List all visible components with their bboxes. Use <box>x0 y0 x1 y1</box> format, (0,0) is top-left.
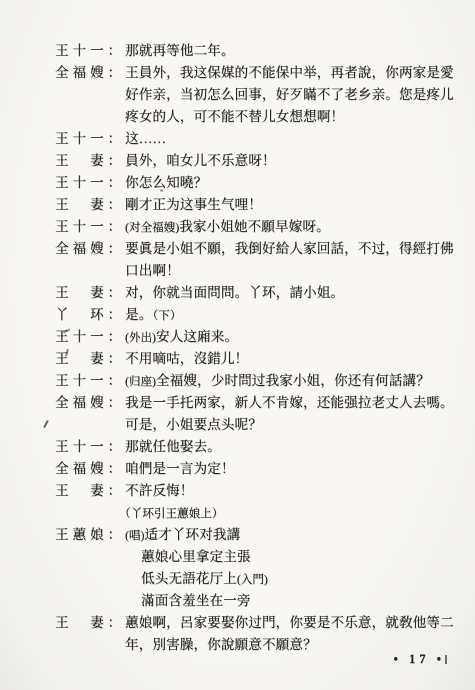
line-text: 这…… <box>125 131 166 146</box>
speaker-label: 王 妻： <box>55 194 125 216</box>
script-line: 好作亲，当初怎么回事，好歹瞞不了老乡亲。您是疼儿 <box>55 84 455 106</box>
script-line: 王十一：那就任他娶去。 <box>55 436 455 458</box>
script-line: 王 妻：不許反悔！ <box>55 480 455 502</box>
scan-artifact <box>43 420 49 428</box>
line-text: 对，你就当面問問。丫环，請小姐。 <box>125 285 344 300</box>
inline-stage-note: (外出) <box>125 331 156 344</box>
script-line: 全福嫂：我是一手托两家，新人不肯嫁，还能强拉老丈人去嗎。 <box>55 392 455 414</box>
speaker-label: 王 妻： <box>55 480 125 502</box>
script-line: 全福嫂：咱們是一言为定！ <box>55 458 455 480</box>
scan-artifact <box>160 189 163 192</box>
page-number: • 17 • <box>393 652 445 667</box>
speaker-label: 全福嫂： <box>55 458 125 480</box>
script-line: 丫 环：是。（下） <box>55 304 455 326</box>
script-line: 王 妻：蕙娘啊，呂家要娶你过門，你要是不乐意，就敎他等二 <box>55 612 455 634</box>
speaker-label: 全福嫂： <box>55 238 125 260</box>
script-line: 王十一：那就再等他二年。 <box>55 40 455 62</box>
line-text: 是。（下） <box>125 307 181 322</box>
inline-stage-note: (对全福嫂) <box>125 221 179 234</box>
sung-verse: 滿面含羞坐在一旁 <box>141 593 251 608</box>
line-text: 疼女的人，可不能不替儿女想想啊！ <box>125 109 344 124</box>
inline-stage-note: (唱) <box>125 529 144 542</box>
speaker-label: 王 妻： <box>55 282 125 304</box>
line-text: 好作亲，当初怎么回事，好歹瞞不了老乡亲。您是疼儿 <box>125 87 454 102</box>
script-line: 王 妻：剛才正为这事生气哩！ <box>55 194 455 216</box>
line-text: 員外，咱女儿不乐意呀！ <box>125 153 276 168</box>
speaker-label: 王蕙娘： <box>55 524 125 546</box>
script-line: 王十一：这…… <box>55 128 455 150</box>
speaker-label: 王十一： <box>55 172 125 194</box>
script-line: 王 妻：对，你就当面問問。丫环，請小姐。 <box>55 282 455 304</box>
script-line: 王十一：(归座)全福嫂，少时問过我家小姐，你还有何話講？ <box>55 370 455 392</box>
line-text: (归座)全福嫂，少时問过我家小姐，你还有何話講？ <box>125 373 430 388</box>
inline-stage-note: （下） <box>152 309 181 322</box>
scanned-script-page: 王十一：那就再等他二年。全福嫂：王員外，我这保媒的不能保中举，再者說，你两家是愛… <box>0 0 475 690</box>
speaker-label: 王十一： <box>55 370 125 392</box>
script-line: 全福嫂：王員外，我这保媒的不能保中举，再者說，你两家是愛 <box>55 62 455 84</box>
line-text: 剛才正为这事生气哩！ <box>125 197 262 212</box>
line-text: 不用嘀咕，沒錯儿！ <box>125 351 248 366</box>
script-line: 疼女的人，可不能不替儿女想想啊！ <box>55 106 455 128</box>
line-text: 要眞是小姐不願，我倒好給人家回話，不过，得經打佛 <box>125 241 454 256</box>
line-text: 可是，小姐要点头呢？ <box>125 417 262 432</box>
speaker-label: 王十一： <box>55 216 125 238</box>
speaker-label: 王 妻： <box>55 150 125 172</box>
line-text: 你怎么知曉？ <box>125 175 207 190</box>
line-text: 咱們是一言为定！ <box>125 461 235 476</box>
speaker-label: 王十一： <box>55 436 125 458</box>
script-line: 蕙娘心里拿定主張 <box>55 546 455 568</box>
script-line: （丫环引王蕙娘上） <box>55 502 455 524</box>
line-text: (对全福嫂)我家小姐她不願早嫁呀。 <box>125 219 330 234</box>
script-line: 口出啊！ <box>55 260 455 282</box>
inline-stage-note: （丫环引王蕙娘上） <box>119 507 223 520</box>
inline-stage-note: (归座) <box>125 375 156 388</box>
speaker-label: 王十一： <box>55 128 125 150</box>
sung-verse: 蕙娘心里拿定主張 <box>141 549 251 564</box>
line-text: (外出)安人这廂来。 <box>125 329 238 344</box>
line-text: 王員外，我这保媒的不能保中举，再者說，你两家是愛 <box>125 65 454 80</box>
script-line: 王 妻：不用嘀咕，沒錯儿！ <box>55 348 455 370</box>
speaker-label: 王 妻： <box>55 612 125 634</box>
script-line: 王十一：(外出)安人这廂来。 <box>55 326 455 348</box>
speaker-label: 王十一： <box>55 40 125 62</box>
scan-artifact <box>445 655 447 664</box>
script-line: 全福嫂：要眞是小姐不願，我倒好給人家回話，不过，得經打佛 <box>55 238 455 260</box>
line-text: 年，別害臊，你說願意不願意？ <box>125 637 317 652</box>
script-line: 滿面含羞坐在一旁 <box>55 590 455 612</box>
line-text: 我是一手托两家，新人不肯嫁，还能强拉老丈人去嗎。 <box>125 395 454 410</box>
stage-direction: （丫环引王蕙娘上） <box>119 506 223 520</box>
speaker-label: 丫 环： <box>55 304 125 326</box>
sung-verse: 低头无語花厅上(入門) <box>141 571 268 586</box>
line-text: 蕙娘啊，呂家要娶你过門，你要是不乐意，就敎他等二 <box>125 615 454 630</box>
script-body: 王十一：那就再等他二年。全福嫂：王員外，我这保媒的不能保中举，再者說，你两家是愛… <box>55 40 455 656</box>
speaker-label: 全福嫂： <box>55 392 125 414</box>
script-line: 王 妻：員外，咱女儿不乐意呀！ <box>55 150 455 172</box>
line-text: 口出啊！ <box>125 263 180 278</box>
script-line: 王十一：(对全福嫂)我家小姐她不願早嫁呀。 <box>55 216 455 238</box>
script-line: 王十一：你怎么知曉？ <box>55 172 455 194</box>
script-line: 王蕙娘：(唱)适才丫环对我講 <box>55 524 455 546</box>
script-line: 低头无語花厅上(入門) <box>55 568 455 590</box>
line-text: 那就任他娶去。 <box>125 439 221 454</box>
line-text: (唱)适才丫环对我講 <box>125 527 240 542</box>
line-text: 不許反悔！ <box>125 483 193 498</box>
speaker-label: 全福嫂： <box>55 62 125 84</box>
script-line: 可是，小姐要点头呢？ <box>55 414 455 436</box>
line-text: 那就再等他二年。 <box>125 43 235 58</box>
inline-stage-note: (入門) <box>237 573 268 586</box>
